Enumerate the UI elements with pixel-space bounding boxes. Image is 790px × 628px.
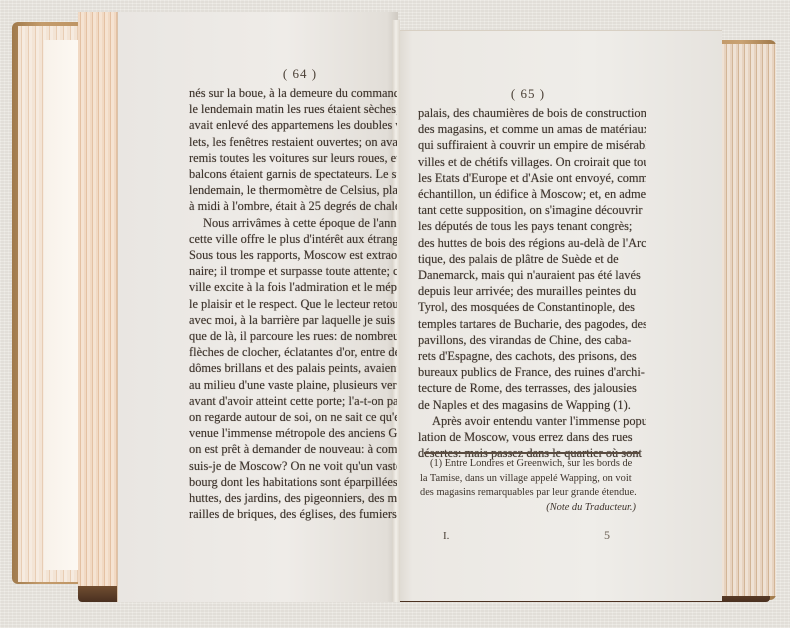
right-page-text: palais, des chaumières de bois de constr…	[418, 105, 646, 461]
footnote-line: (1) Entre Londres et Greenwich, sur les …	[420, 457, 642, 472]
text-line: naire; il trompe et surpasse toute atten…	[189, 263, 397, 279]
text-line: railles de briques, des églises, des fum…	[189, 506, 397, 522]
text-line: Sous tous les rapports, Moscow est extra…	[189, 247, 397, 263]
text-line: tant cette supposition, on s'imagine déc…	[418, 202, 646, 218]
text-line: remis toutes les voitures sur leurs roue…	[189, 150, 397, 166]
text-line: les Etats d'Europe et d'Asie ont envoyé,…	[418, 170, 646, 186]
text-line: avec moi, à la barrière par laquelle je …	[189, 312, 397, 328]
text-line: venue l'immense métropole des anciens Gr…	[189, 425, 397, 441]
text-line: à midi à l'ombre, était à 25 degrés de c…	[189, 198, 397, 214]
text-line: de Naples et des magasins de Wapping (1)…	[418, 397, 646, 413]
text-line: cette ville offre le plus d'intérêt aux …	[189, 231, 397, 247]
text-line: palais, des chaumières de bois de constr…	[418, 105, 646, 121]
right-page-number: ( 65 )	[498, 86, 558, 102]
footnote: (1) Entre Londres et Greenwich, sur les …	[420, 457, 642, 515]
text-line: Après avoir entendu vanter l'immense pop…	[418, 413, 646, 429]
text-line: des huttes de bois des régions au-delà d…	[418, 235, 646, 251]
text-line: on regarde autour de soi, on ne sait ce …	[189, 409, 397, 425]
text-line: ville excite à la fois l'admiration et l…	[189, 279, 397, 295]
text-line: Danemarck, mais qui n'auraient pas été l…	[418, 267, 646, 283]
text-line: flèches de clocher, éclatantes d'or, ent…	[189, 344, 397, 360]
text-line: balcons étaient garnis de spectateurs. L…	[189, 166, 397, 182]
text-line: pavillons, des virandas de Chine, des ca…	[418, 332, 646, 348]
text-line: nés sur la boue, à la demeure du command…	[189, 85, 397, 101]
text-line: lets, les fenêtres restaient ouvertes; o…	[189, 134, 397, 150]
left-page-number: ( 64 )	[270, 66, 330, 82]
text-line: le lendemain matin les rues étaient sèch…	[189, 101, 397, 117]
text-line: que de là, il parcoure les rues: de nomb…	[189, 328, 397, 344]
text-line: lation de Moscow, vous errez dans des ru…	[418, 429, 646, 445]
text-line: bourg dont les habitations sont éparpill…	[189, 474, 397, 490]
text-line: avait enlevé des appartemens les doubles…	[189, 117, 397, 133]
text-line: huttes, des jardins, des pigeonniers, de…	[189, 490, 397, 506]
signature-mark: I.	[443, 530, 449, 542]
text-line: suis-je de Moscow? On ne voit qu'un vast…	[189, 458, 397, 474]
text-line: lendemain, le thermomètre de Celsius, pl…	[189, 182, 397, 198]
text-line: les députés de tous les pays tenant cong…	[418, 218, 646, 234]
text-line: Tyrol, des mosquées de Constantinople, d…	[418, 299, 646, 315]
text-line: tique, des palais de plâtre de Suède et …	[418, 251, 646, 267]
text-line: on est prêt à demander de nouveau: à com…	[189, 441, 397, 457]
page-edges-left-outer	[78, 12, 118, 586]
text-line: dômes brillans et des palais peints, ava…	[189, 360, 397, 376]
text-line: depuis leur arrivée; des murailles peint…	[418, 283, 646, 299]
text-line: tecture de Rome, des terrasses, des jalo…	[418, 380, 646, 396]
text-line: avant d'avoir atteint cette porte; l'a-t…	[189, 393, 397, 409]
text-line: Nous arrivâmes à cette époque de l'année…	[189, 215, 397, 231]
text-line: rets d'Espagne, des cachots, des prisons…	[418, 348, 646, 364]
text-line: villes et de chétifs villages. On croira…	[418, 154, 646, 170]
footnote-line: la Tamise, dans un village appelé Wappin…	[420, 472, 642, 487]
text-line: au milieu d'une vaste plaine, plusieurs …	[189, 377, 397, 393]
left-page-text: nés sur la boue, à la demeure du command…	[189, 85, 397, 522]
text-line: bureaux publics de France, des ruines d'…	[418, 364, 646, 380]
footnote-signature: (Note du Traducteur.)	[420, 501, 642, 516]
text-line: temples tartares de Bucharie, des pagode…	[418, 316, 646, 332]
footnote-line: des magasins remarquables par leur grand…	[420, 486, 642, 501]
page-edges-left-inner	[44, 40, 80, 570]
sheet-number: 5	[604, 528, 610, 543]
footnote-rule	[424, 452, 640, 454]
text-line: le plaisir et le respect. Que le lecteur…	[189, 296, 397, 312]
page-edges-right	[718, 44, 776, 596]
text-line: qui suffiraient à couvrir un empire de m…	[418, 137, 646, 153]
text-line: des magasins, et comme un amas de matéri…	[418, 121, 646, 137]
text-line: échantillon, un édifice à Moscow; et, en…	[418, 186, 646, 202]
